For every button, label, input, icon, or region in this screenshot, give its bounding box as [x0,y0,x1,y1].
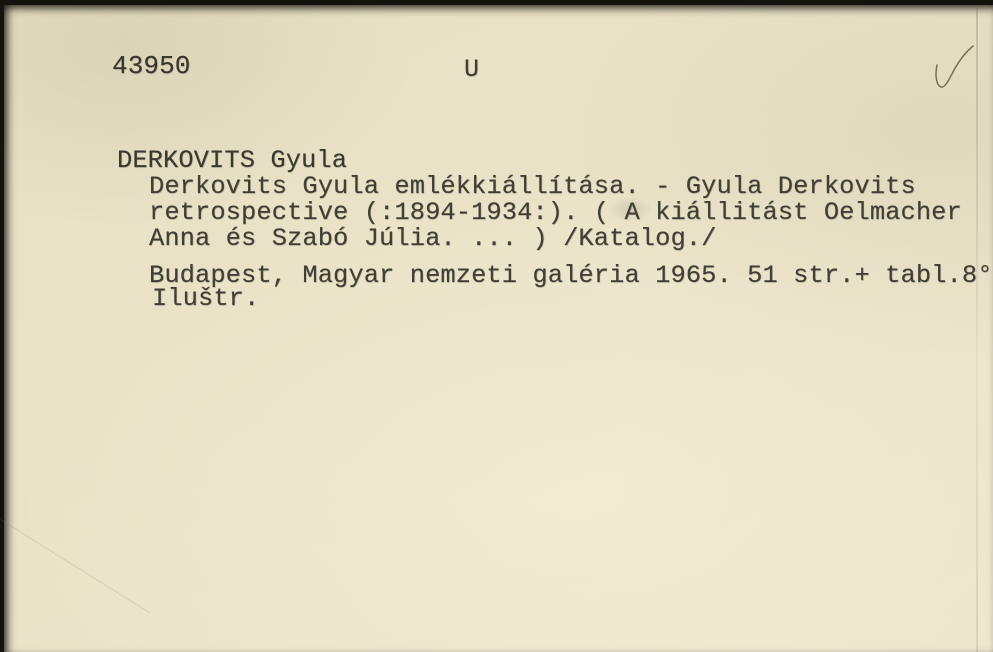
classification-letter: U [464,55,479,84]
card-heading: DERKOVITS Gyula [117,146,347,175]
catalog-card: 43950 U DERKOVITS Gyula Derkovits Gyula … [4,5,993,652]
accession-number: 43950 [112,51,191,81]
paper-crease-vertical [976,5,978,652]
illustration-note: Iluštr. [152,284,259,313]
paper-crease-diagonal [0,517,151,613]
title-line-1: Derkovits Gyula emlékkiállítása. - Gyula… [149,172,916,201]
title-line-3: Anna és Szabó Júlia. ... ) /Katalog./ [149,224,716,253]
pencil-checkmark-icon [915,35,977,93]
title-line-2: retrospective (:1894-1934:). ( A kiállit… [149,198,962,227]
imprint-line: Budapest, Magyar nemzeti galéria 1965. 5… [149,261,993,290]
scan-background: 43950 U DERKOVITS Gyula Derkovits Gyula … [0,0,993,652]
